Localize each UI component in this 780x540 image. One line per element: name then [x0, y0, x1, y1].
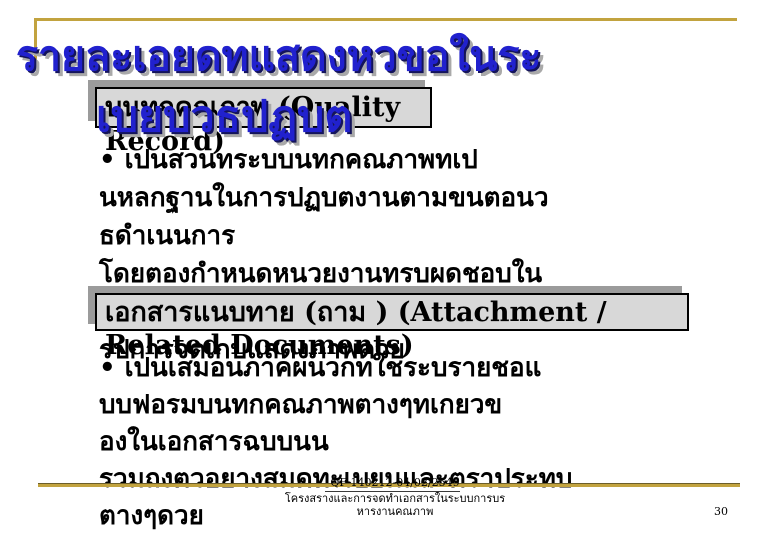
footer-course-title-line2: หารงานคณภาพ: [250, 505, 540, 518]
bullet1-line4: โดยตองกำหนดหนวยงานทรบผดชอบใน: [99, 255, 689, 293]
footer-course-title: โครงสรางและการจดทำเอกสารในระบบการบร หารง…: [250, 492, 540, 518]
bullet1-line2: นหลกฐานในการปฏบตงานตามขนตอนว: [99, 179, 689, 217]
attachment-box: เอกสารแนบทาย (ถาม ) (Attachment / Relate…: [95, 293, 689, 331]
bullet2-line1: • เปนเสมอนภาคผนวกทใชระบรายชอแ: [99, 350, 689, 387]
bullet2-line2: บบฟอรมบนทกคณภาพตางๆทเกยวข: [99, 387, 689, 424]
title-frame-top-line: [34, 18, 737, 21]
bullet2-line3: องในเอกสารฉบบนน: [99, 424, 689, 461]
attachment-label-line1: เอกสารแนบทาย (ถาม ) (Attachment /: [105, 296, 687, 329]
slide-title-line1: รายละเอยดทแสดงหวขอในระ: [16, 24, 541, 89]
presentation-slide: บนทกคณภาพ (Quality Record) • เปนสวนทระบบ…: [0, 0, 780, 540]
bullet1-line3: ธดำเนนการ: [99, 217, 689, 255]
footer-document-code: QF 140212-04/02/2549: [270, 476, 520, 490]
slide-page-number: 30: [714, 505, 728, 518]
footer-course-title-line1: โครงสรางและการจดทำเอกสารในระบบการบร: [250, 492, 540, 505]
slide-title-line2: เบยบวธปฏบต: [96, 82, 352, 150]
